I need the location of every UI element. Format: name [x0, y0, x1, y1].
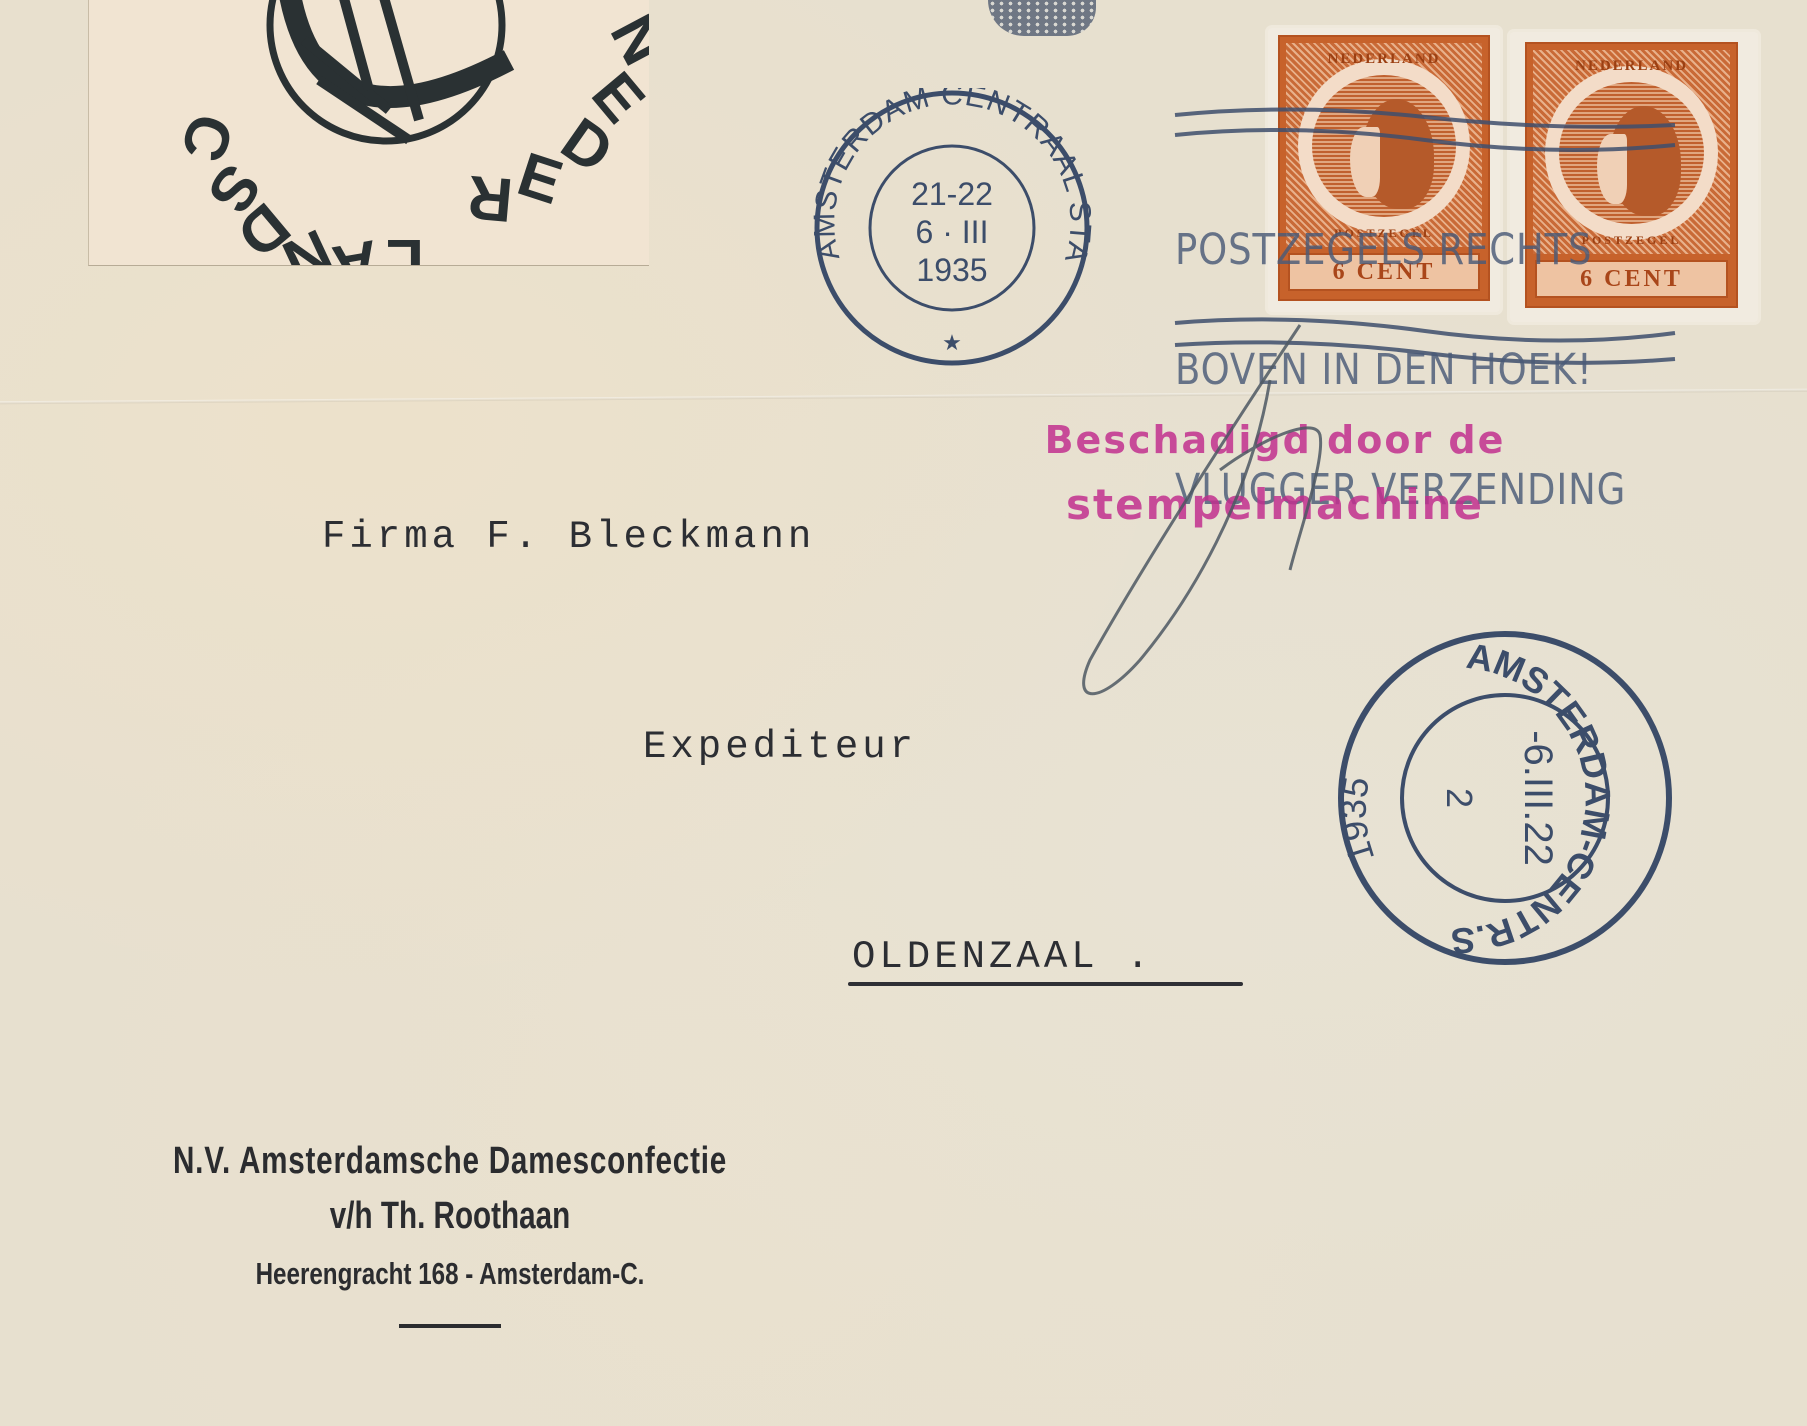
svg-text:-6.III.22: -6.III.22	[1516, 730, 1560, 866]
postmark-amsterdam-centr-station: AMSTERDAM-CENTR.STATION 1935 -6.III.22 2	[1335, 628, 1680, 973]
emblem-icon: N E D E R L A N D S C	[89, 0, 649, 265]
svg-text:6 · III: 6 · III	[916, 214, 989, 250]
svg-text:E: E	[510, 140, 571, 218]
sender-address: Heerengracht 168 - Amsterdam-C.	[161, 1248, 738, 1300]
postmark-amsterdam-centraal: AMSTERDAM CENTRAAL STATION 21-22 6 · III…	[810, 88, 1100, 368]
svg-text:1935: 1935	[916, 252, 987, 288]
sender-company: N.V. Amsterdamsche Damesconfectie	[161, 1138, 738, 1184]
sender-imprint: N.V. Amsterdamsche Damesconfectie v/h Th…	[80, 1138, 820, 1328]
address-line-city: OLDENZAAL .	[852, 935, 1153, 979]
pencil-mark-icon	[1060, 320, 1360, 720]
address-line-expediteur: Expediteur	[643, 725, 917, 769]
svg-text:C: C	[167, 106, 246, 170]
svg-text:21-22: 21-22	[911, 176, 993, 212]
city-underline	[848, 982, 1243, 986]
svg-text:★: ★	[942, 330, 962, 355]
stamp-country: NEDERLAND	[1280, 51, 1488, 68]
svg-text:A: A	[327, 226, 383, 265]
svg-text:N: N	[597, 4, 649, 76]
pasted-label: N E D E R L A N D S C	[88, 0, 649, 266]
sender-formerly: v/h Th. Roothaan	[161, 1184, 738, 1248]
stamp-country: NEDERLAND	[1527, 58, 1736, 75]
svg-text:2: 2	[1439, 788, 1480, 808]
svg-text:L: L	[386, 226, 424, 265]
svg-text:R: R	[465, 162, 516, 235]
slogan-line-1: POSTZEGELS RECHTS	[1175, 230, 1626, 270]
address-line-recipient: Firma F. Bleckmann	[322, 515, 815, 559]
torn-patch	[988, 0, 1096, 36]
sender-rule	[399, 1324, 501, 1328]
